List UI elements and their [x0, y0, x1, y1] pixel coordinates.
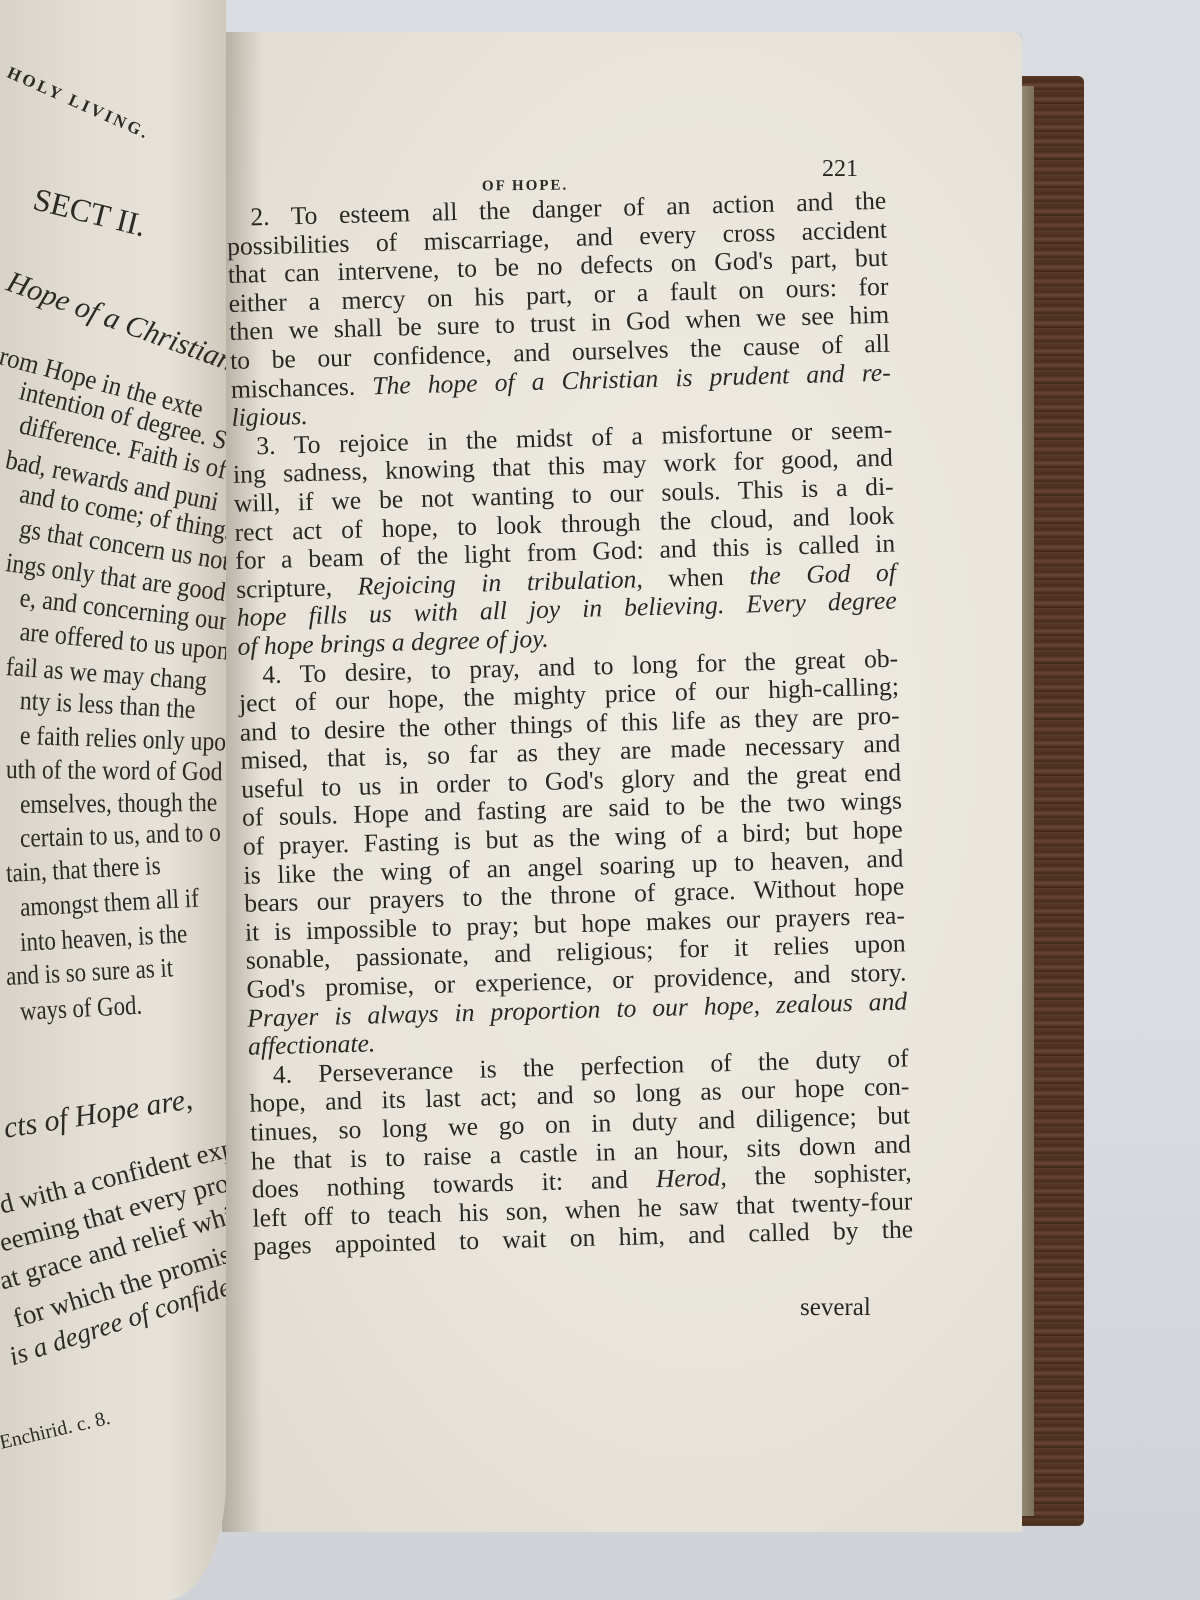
left-running-head: HOLY LIVING. [4, 63, 153, 144]
catchword: several [800, 1294, 871, 1322]
left-fragment: and is so sure as it [5, 952, 174, 992]
left-footnote: Enchirid. c. 8. [0, 1407, 112, 1455]
left-section-title: SECT II. [30, 181, 151, 245]
left-fragment: amongst them all if [19, 883, 199, 923]
left-fragment: tain, that there is [5, 849, 161, 888]
left-fragment: into heaven, is the [19, 918, 188, 958]
left-fragment: ways of God. [19, 989, 143, 1026]
page-number: 221 [822, 156, 858, 183]
body-text: 2. To esteem all the danger of an action… [226, 187, 913, 1262]
running-head: OF HOPE. [482, 178, 568, 196]
left-subheading: cts of Hope are, [1, 1082, 195, 1145]
left-fragment: uth of the word of God [6, 754, 223, 787]
left-fragment: e faith relies only upon [20, 720, 226, 758]
left-page: HOLY LIVING. SECT II. Hope of a Christia… [0, 0, 226, 1600]
left-fragment: emselves, though the [20, 786, 218, 819]
left-fragment: certain to us, and to o [20, 817, 222, 854]
